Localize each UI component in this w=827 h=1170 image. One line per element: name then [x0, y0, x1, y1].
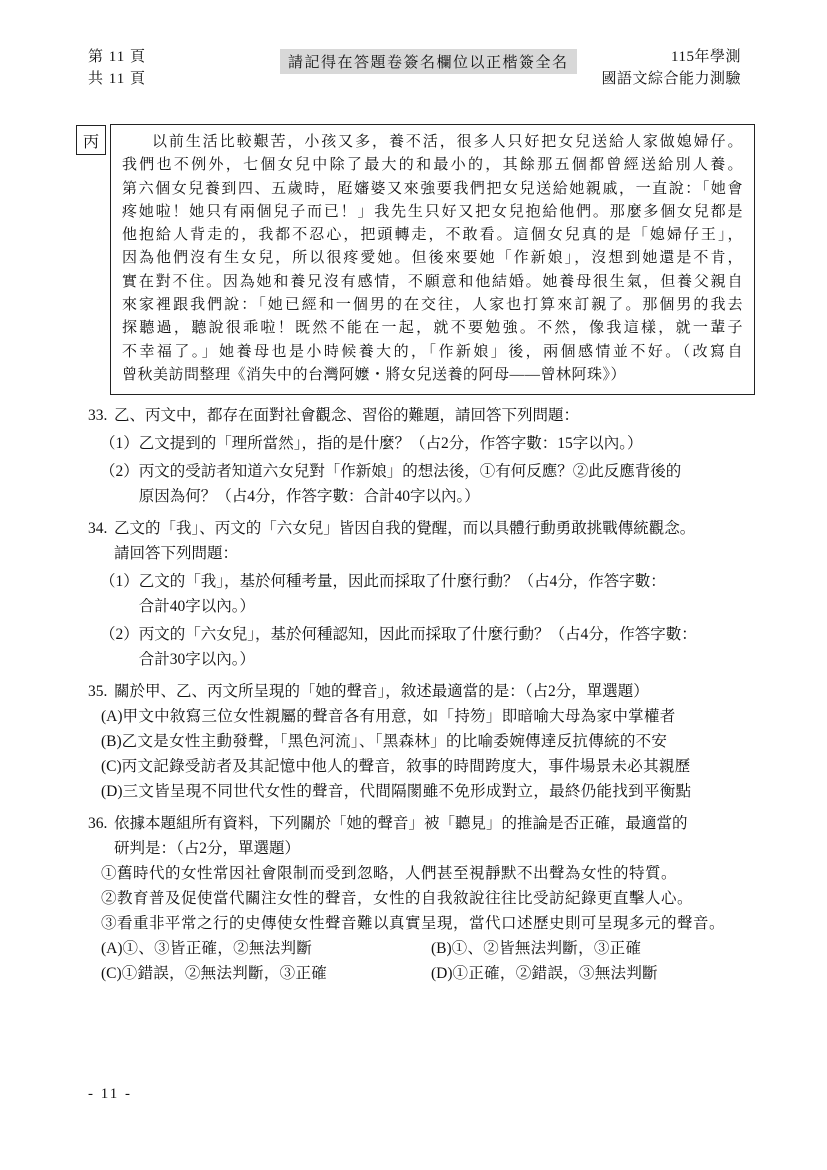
- passage-line: 我們也不例外，七個女兒中除了最大的和最小的，其餘那五個都曾經送給別人養。: [122, 154, 743, 177]
- passage-c: 丙 以前生活比較艱苦，小孩又多，養不活，很多人只好把女兒送給人家做媳婦仔。 我們…: [76, 124, 755, 395]
- option-c: (C) 丙文記錄受訪者及其記憶中他人的聲音，敘事的時間跨度大，事件場景未必其親歷: [88, 754, 752, 779]
- statement-2: ②教育普及促使當代關注女性的聲音，女性的自我敘說往往比受訪紀錄更直擊人心。: [88, 886, 752, 911]
- subquestion-34-2: （2） 丙文的「六女兒」，基於何種認知，因此而採取了什麼行動？（占4分，作答字數…: [88, 622, 752, 672]
- subquestion-33-2: （2） 丙文的受訪者知道六女兒對「作新娘」的想法後，①有何反應？②此反應背後的 …: [88, 459, 752, 509]
- exam-year-label: 115年學測: [601, 46, 741, 68]
- passage-line: 探聽過，聽說很乖啦！既然不能在一起，就不要勉強。不然，像我這樣，就一輩子: [122, 317, 743, 340]
- option-text: 乙文是女性主動發聲，「黑色河流」、「黑森林」的比喻委婉傳達反抗傳統的不安: [122, 729, 752, 754]
- option-label: (C): [101, 961, 122, 986]
- passage-c-text-box: 以前生活比較艱苦，小孩又多，養不活，很多人只好把女兒送給人家做媳婦仔。 我們也不…: [110, 124, 755, 395]
- statement-3: ③看重非平常之行的史傳使女性聲音難以真實呈現，當代口述歷史則可呈現多元的聲音。: [88, 911, 752, 936]
- footer-page-number: - 11 -: [88, 1086, 132, 1103]
- page-header-right: 115年學測 國語文綜合能力測驗: [601, 46, 741, 90]
- page-header-left: 第 11 頁 共 11 頁: [88, 46, 146, 90]
- option-text: ①、②皆無法判斷，③正確: [452, 936, 642, 961]
- option-label: (C): [101, 754, 122, 779]
- option-c: (C) ①錯誤，②無法判斷，③正確: [101, 961, 431, 986]
- subquestion-text-line: 合計40字以內。）: [139, 594, 752, 619]
- options-row-2: (C) ①錯誤，②無法判斷，③正確 (D) ①正確，②錯誤，③無法判斷: [88, 961, 752, 986]
- subquestion-text-line: 乙文的「我」，基於何種考量，因此而採取了什麼行動？（占4分，作答字數：: [139, 569, 752, 594]
- passage-line: 不幸福了。」她養母也是小時候養大的，「作新娘」後，兩個感情並不好。（改寫自: [122, 341, 743, 364]
- question-stem: 乙、丙文中，都存在面對社會觀念、習俗的難題，請回答下列問題：: [114, 403, 752, 428]
- option-label: (D): [101, 779, 123, 804]
- passage-line: 以前生活比較艱苦，小孩又多，養不活，很多人只好把女兒送給人家做媳婦仔。: [122, 131, 743, 154]
- question-35: 35. 關於甲、乙、丙文所呈現的「她的聲音」，敘述最適當的是：（占2分，單選題）…: [88, 679, 752, 804]
- passage-line: 來家裡跟我們說：「她已經和一個男的在交往，人家也打算來訂親了。那個男的我去: [122, 294, 743, 317]
- option-label: (B): [431, 936, 452, 961]
- option-text: ①、③皆正確，②無法判斷: [123, 936, 431, 961]
- option-text: 三文皆呈現不同世代女性的聲音，代間隔閡雖不免形成對立，最終仍能找到平衡點: [123, 779, 752, 804]
- question-stem: 依據本題組所有資料，下列關於「她的聲音」被「聽見」的推論是否正確，最適當的: [114, 811, 752, 836]
- question-36: 36. 依據本題組所有資料，下列關於「她的聲音」被「聽見」的推論是否正確，最適當…: [88, 811, 752, 986]
- subquestion-marker: （1）: [100, 569, 139, 594]
- passage-line: 第六個女兒養到四、五歲時，屘嬸婆又來強要我們把女兒送給她親戚，一直說：「她會: [122, 178, 743, 201]
- page-number-label: 第 11 頁: [88, 46, 146, 68]
- question-stem: 請回答下列問題：: [114, 541, 752, 566]
- passage-c-label: 丙: [76, 125, 106, 155]
- option-b: (B) ①、②皆無法判斷，③正確: [431, 936, 641, 961]
- question-stem: 乙文的「我」、丙文的「六女兒」皆因自我的覺醒，而以具體行動勇敢挑戰傳統觀念。: [114, 516, 752, 541]
- question-number: 35.: [88, 679, 114, 704]
- question-number: 36.: [88, 811, 114, 836]
- question-number: 34.: [88, 516, 114, 541]
- question-34: 34. 乙文的「我」、丙文的「六女兒」皆因自我的覺醒，而以具體行動勇敢挑戰傳統觀…: [88, 516, 752, 672]
- passage-line: 實在對不住。因為她和養兄沒有感情，不願意和他結婚。她養母很生氣，但養父親自: [122, 271, 743, 294]
- subquestion-marker: （2）: [100, 459, 139, 484]
- option-label: (A): [101, 704, 123, 729]
- subquestion-text-line: 乙文提到的「理所當然」，指的是什麼？（占2分，作答字數：15字以內。）: [139, 431, 752, 456]
- subquestion-33-1: （1） 乙文提到的「理所當然」，指的是什麼？（占2分，作答字數：15字以內。）: [88, 431, 752, 456]
- question-stem: 研判是：（占2分，單選題）: [114, 836, 752, 861]
- subquestion-marker: （1）: [100, 431, 139, 456]
- option-text: 丙文記錄受訪者及其記憶中他人的聲音，敘事的時間跨度大，事件場景未必其親歷: [122, 754, 752, 779]
- options-row-1: (A) ①、③皆正確，②無法判斷 (B) ①、②皆無法判斷，③正確: [88, 936, 752, 961]
- passage-line: 因為他們沒有生女兒，所以很疼愛她。但後來要她「作新娘」，沒想到她還是不肯，: [122, 247, 743, 270]
- option-text: 甲文中敘寫三位女性親屬的聲音各有用意，如「持笏」即暗喻大母為家中掌權者: [123, 704, 752, 729]
- total-pages-label: 共 11 頁: [88, 68, 146, 90]
- option-d: (D) 三文皆呈現不同世代女性的聲音，代間隔閡雖不免形成對立，最終仍能找到平衡點: [88, 779, 752, 804]
- option-text: ①正確，②錯誤，③無法判斷: [453, 961, 658, 986]
- option-text: ①錯誤，②無法判斷，③正確: [122, 961, 431, 986]
- signature-notice: 請記得在答題卷簽名欄位以正楷簽全名: [280, 49, 577, 74]
- subquestion-text-line: 原因為何？（占4分，作答字數：合計40字以內。）: [139, 484, 752, 509]
- option-label: (B): [101, 729, 122, 754]
- option-d: (D) ①正確，②錯誤，③無法判斷: [431, 961, 658, 986]
- option-label: (D): [431, 961, 453, 986]
- option-a: (A) 甲文中敘寫三位女性親屬的聲音各有用意，如「持笏」即暗喻大母為家中掌權者: [88, 704, 752, 729]
- subquestion-marker: （2）: [100, 622, 139, 647]
- exam-subject-label: 國語文綜合能力測驗: [601, 68, 741, 90]
- question-section: 33. 乙、丙文中，都存在面對社會觀念、習俗的難題，請回答下列問題： （1） 乙…: [88, 403, 752, 993]
- subquestion-text-line: 丙文的受訪者知道六女兒對「作新娘」的想法後，①有何反應？②此反應背後的: [139, 459, 752, 484]
- subquestion-text-line: 丙文的「六女兒」，基於何種認知，因此而採取了什麼行動？（占4分，作答字數：: [139, 622, 752, 647]
- question-number: 33.: [88, 403, 114, 428]
- passage-line: 疼她啦！她只有兩個兒子而已！」我先生只好又把女兒抱給他們。那麼多個女兒都是: [122, 201, 743, 224]
- option-a: (A) ①、③皆正確，②無法判斷: [101, 936, 431, 961]
- passage-source-line: 曾秋美訪問整理《消失中的台灣阿嬤・將女兒送養的阿母——曾林阿珠》）: [122, 364, 743, 387]
- option-b: (B) 乙文是女性主動發聲，「黑色河流」、「黑森林」的比喻委婉傳達反抗傳統的不安: [88, 729, 752, 754]
- passage-line: 他抱給人背走的，我都不忍心，把頭轉走，不敢看。這個女兒真的是「媳婦仔王」，: [122, 224, 743, 247]
- option-label: (A): [101, 936, 123, 961]
- subquestion-34-1: （1） 乙文的「我」，基於何種考量，因此而採取了什麼行動？（占4分，作答字數： …: [88, 569, 752, 619]
- question-33: 33. 乙、丙文中，都存在面對社會觀念、習俗的難題，請回答下列問題： （1） 乙…: [88, 403, 752, 509]
- question-stem: 關於甲、乙、丙文所呈現的「她的聲音」，敘述最適當的是：（占2分，單選題）: [114, 679, 752, 704]
- subquestion-text-line: 合計30字以內。）: [139, 647, 752, 672]
- statement-1: ①舊時代的女性常因社會限制而受到忽略，人們甚至視靜默不出聲為女性的特質。: [88, 861, 752, 886]
- exam-page: 第 11 頁 共 11 頁 請記得在答題卷簽名欄位以正楷簽全名 115年學測 國…: [0, 0, 827, 1170]
